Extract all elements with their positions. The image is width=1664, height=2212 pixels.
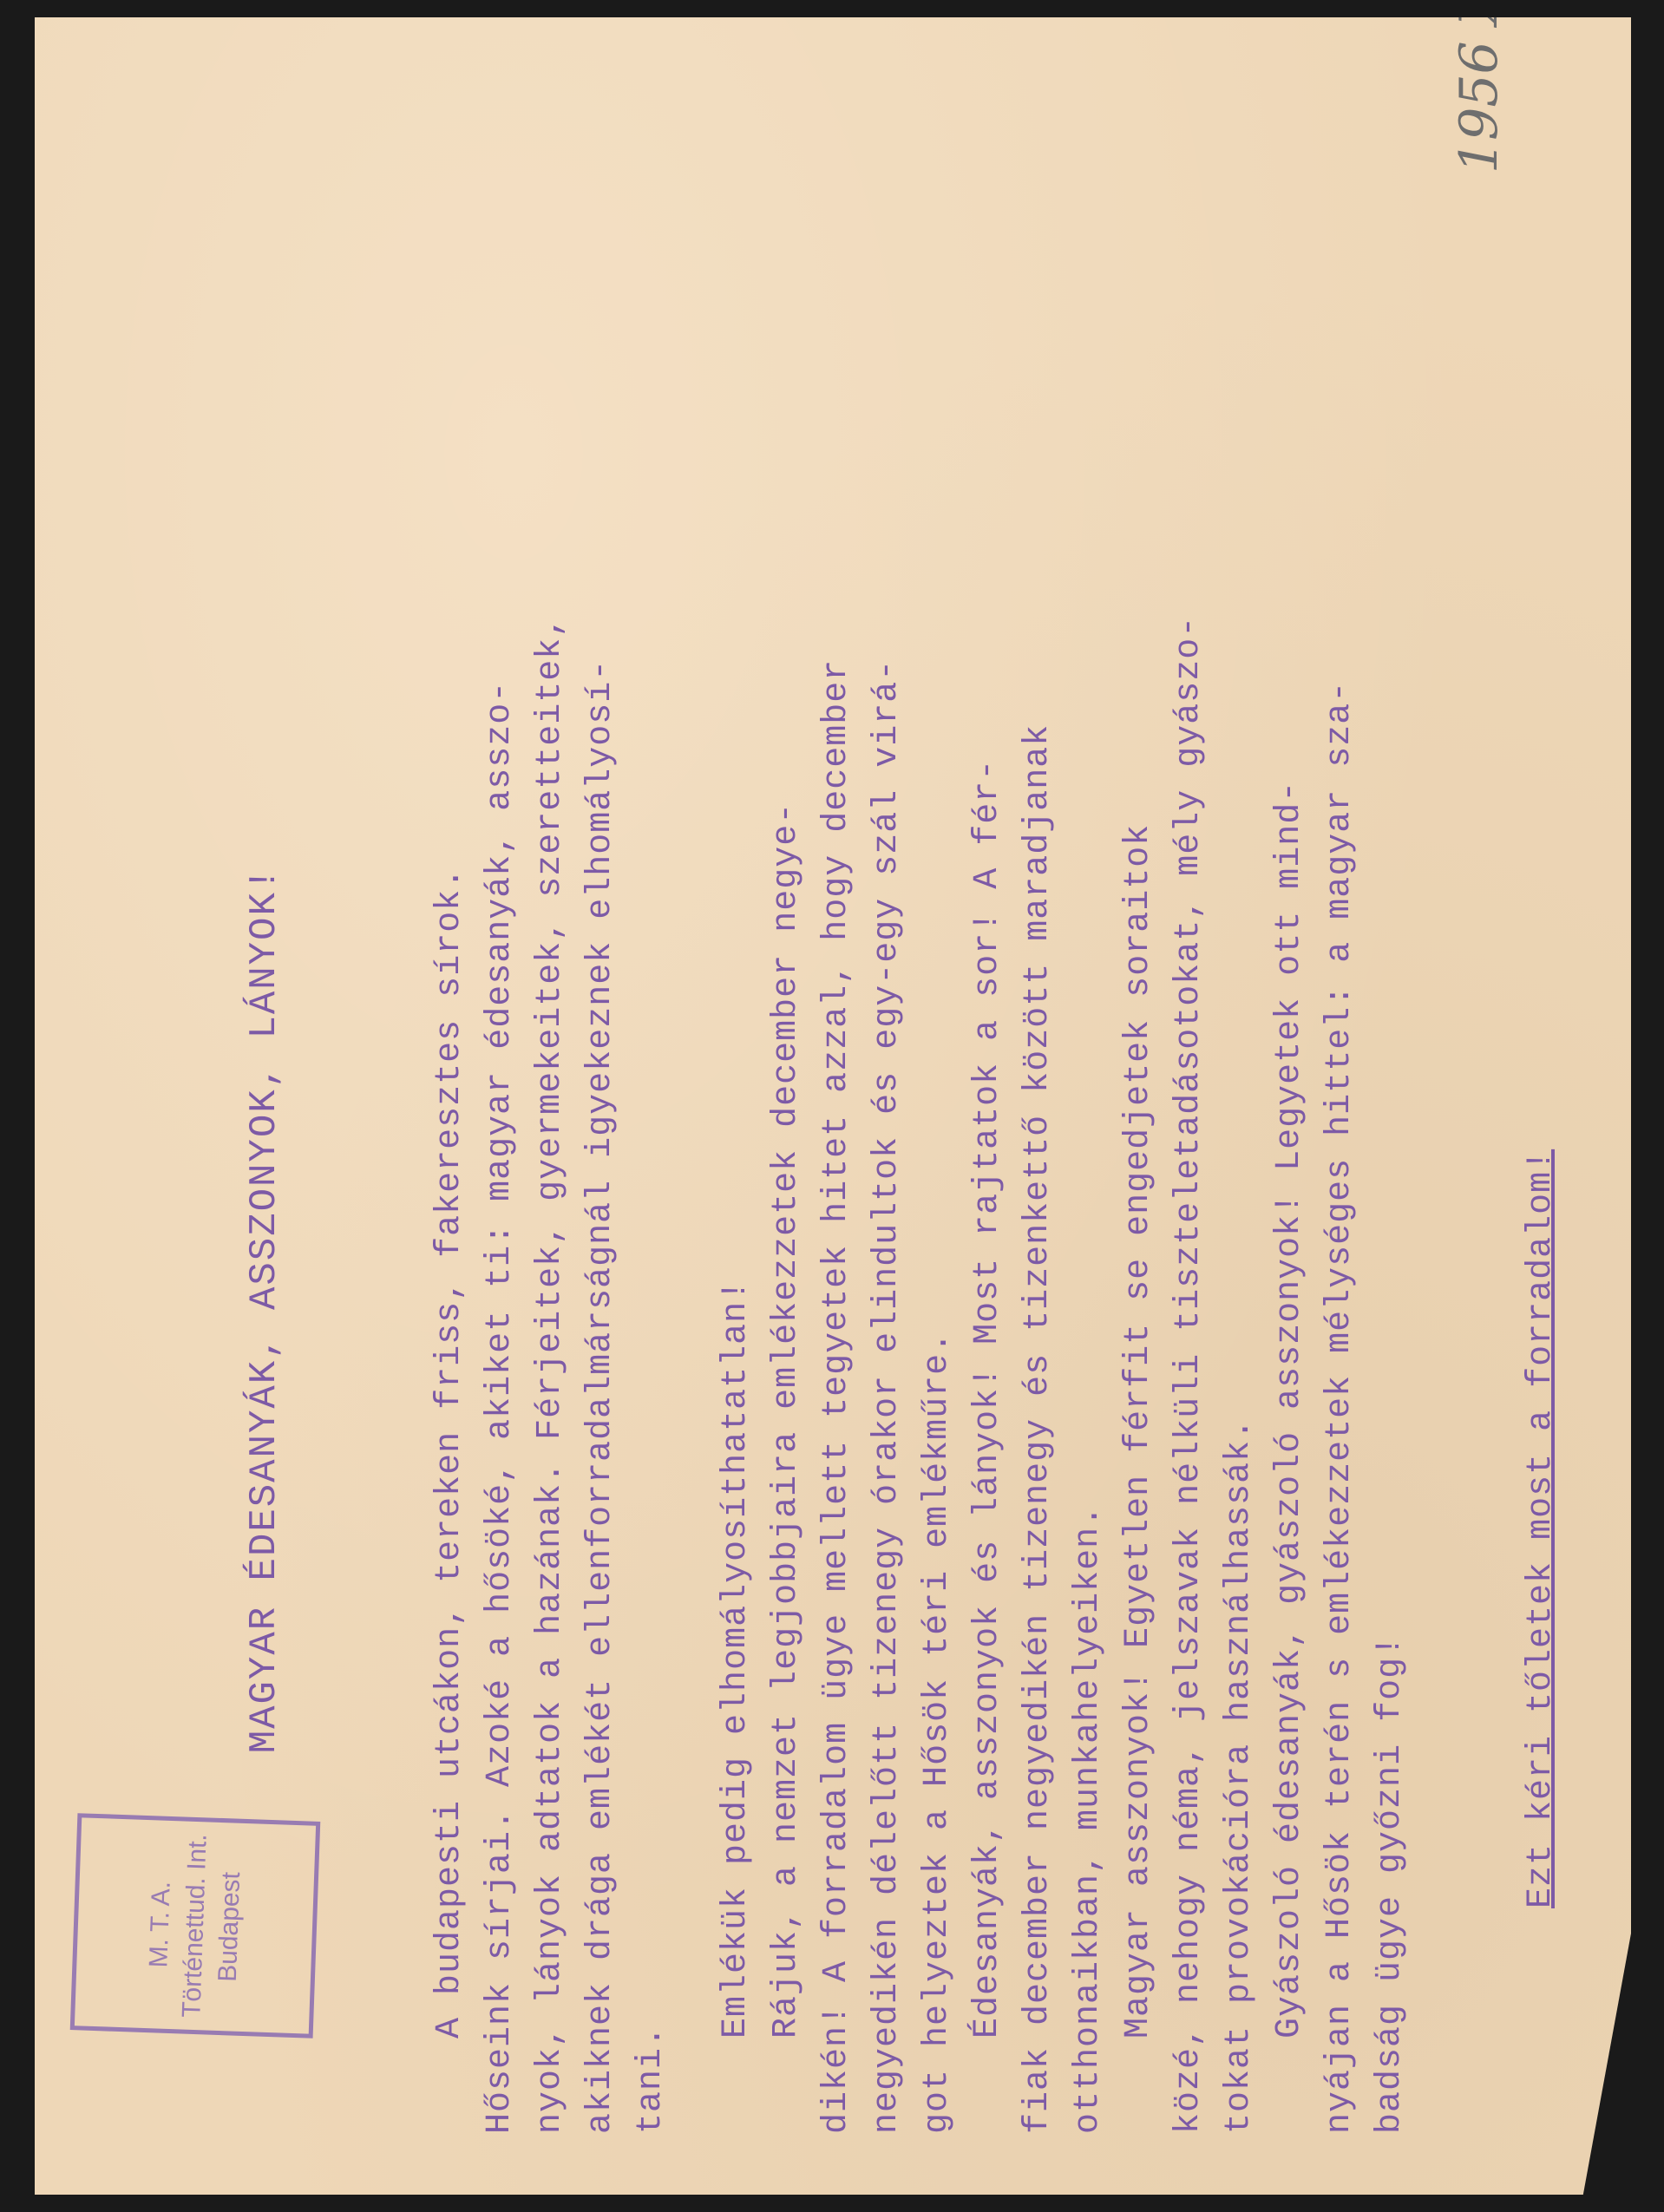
text-line: akiknek drága emlékét ellenforradalmársá… <box>576 139 626 2134</box>
text-line: got helyeztek a Hősök téri emlékműre. <box>913 139 963 2134</box>
closing-line: Ezt kéri tőletek most a forradalom! <box>1517 139 1567 2134</box>
text-line: fiak december negyedikén tizenegy és tiz… <box>1013 139 1064 2134</box>
text-line: A budapesti utcákon, tereken friss, fake… <box>425 139 475 2134</box>
stamp-line-3: Budapest <box>211 1871 249 1982</box>
document-body: A budapesti utcákon, tereken friss, fake… <box>425 139 1416 2134</box>
text-line: tani. <box>626 139 677 2134</box>
text-line: dikén! A forradalom ügye mellett tegyete… <box>812 139 862 2134</box>
text-line: Hőseink sírjai. Azoké a hősöké, akiket t… <box>475 139 526 2134</box>
stamp-line-2: Történettud. Int. <box>174 1833 215 2018</box>
text-line: közé, nehogy néma, jelszavak nélküli tis… <box>1164 139 1215 2134</box>
text-line: negyedikén délelőtt tizenegy órakor elin… <box>862 139 913 2134</box>
text-line: Emlékük pedig elhomályosíthatatlan! <box>711 139 762 2134</box>
text-line: Magyar asszonyok! Egyetlen férfit se eng… <box>1114 139 1164 2134</box>
stamp-line-1: M. T. A. <box>141 1881 179 1968</box>
text-line: nyok, lányok adtatok a hazának. Férjeite… <box>526 139 576 2134</box>
text-line <box>677 139 711 2134</box>
text-line: nyájan a Hősök terén s emlékezzetek mély… <box>1315 139 1366 2134</box>
typewritten-text-block: MAGYAR ÉDESANYÁK, ASSZONYOK, LÁNYOK! A b… <box>139 139 1664 2134</box>
text-line: otthonaikban, munkahelyeiken. <box>1064 139 1114 2134</box>
document-page: 1956 XII 4 MAGYAR ÉDESANYÁK, ASSZONYOK, … <box>35 17 1631 2195</box>
text-line: Rájuk, a nemzet legjobbjaira emlékezzete… <box>762 139 812 2134</box>
text-line: tokat provokációra használhassák. <box>1215 139 1265 2134</box>
text-line: Gyászoló édesanyák, gyászoló asszonyok! … <box>1265 139 1315 2134</box>
archive-stamp: M. T. A. Történettud. Int. Budapest <box>70 1813 321 2039</box>
text-line: Édesanyák, asszonyok és lányok! Most raj… <box>963 139 1013 2134</box>
text-line: badság ügye győzni fog! <box>1366 139 1416 2134</box>
